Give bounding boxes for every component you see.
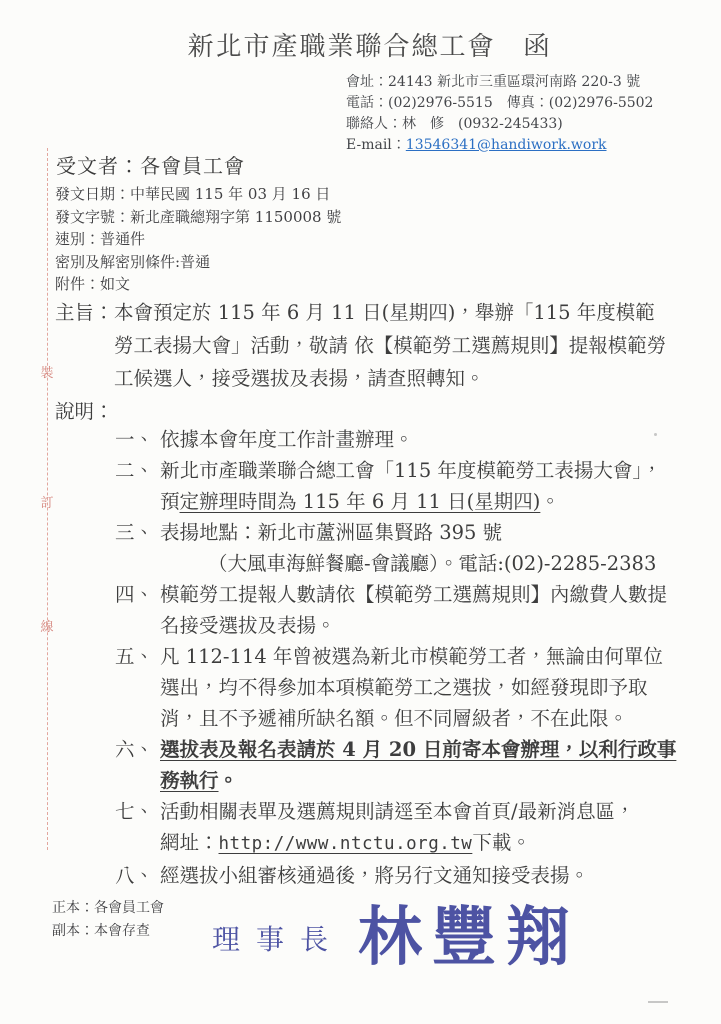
contact-email-line: E-mail：13546341@handiwork.work — [346, 135, 653, 156]
binding-mark-ding: 訂 — [33, 492, 61, 511]
list-item-2: 二、新北市產職業聯合總工會「115 年度模範勞工表揚大會」，預定辦理時間為 11… — [115, 455, 677, 517]
item-text: 模範勞工提報人數請依【模範勞工選薦規則】內繳費人數提名接受選拔及表揚。 — [160, 583, 667, 637]
duplicate-copy-line: 副本：本會存查 — [52, 920, 164, 943]
item-text: 經選拔小組審核通過後，將另行文通知接受表揚。 — [160, 864, 589, 887]
subject-paragraph: 主旨：本會預定於 115 年 6 月 11 日(星期四)，舉辦「115 年度模範… — [55, 296, 669, 395]
website-url: http://www.ntctu.org.tw — [219, 834, 473, 854]
scan-artifact-dot — [654, 433, 657, 436]
list-item-3: 三、表揚地點：新北市蘆洲區集賢路 395 號 （大風車海鮮餐廳-會議廳）。電話:… — [115, 517, 677, 579]
subject-text: 本會預定於 115 年 6 月 11 日(星期四)，舉辦「115 年度模範勞工表… — [114, 301, 666, 390]
chairman-title: 理事長 — [212, 918, 344, 958]
item-text: 網址： — [160, 831, 219, 854]
document-number: 發文字號：新北產職總翔字第 1150008 號 — [55, 206, 341, 229]
security-class: 密別及解密別條件:普通 — [55, 251, 341, 274]
item-number: 五、 — [115, 641, 160, 672]
item-number: 三、 — [115, 517, 160, 548]
document-title: 新北市產職業聯合總工會 函 — [0, 26, 721, 63]
item-number: 四、 — [115, 579, 160, 610]
item-text-indented: （大風車海鮮餐廳-會議廳）。電話:(02)-2285-2383 — [208, 548, 677, 579]
speed-class: 速別：普通件 — [55, 228, 341, 251]
item-number: 六、 — [115, 734, 160, 765]
explanation-items: 一、依據本會年度工作計畫辦理。 二、新北市產職業聯合總工會「115 年度模範勞工… — [115, 424, 677, 891]
issue-date: 發文日期：中華民國 115 年 03 月 16 日 — [55, 183, 341, 206]
contact-person: 聯絡人：林 修 (0932-245433) — [346, 114, 653, 135]
item-text: 。 — [540, 490, 560, 513]
contact-phone-fax: 電話：(02)2976-5515 傳真：(02)2976-5502 — [346, 93, 653, 114]
email-link[interactable]: 13546341@handiwork.work — [406, 137, 607, 153]
chairman-signature: 林豐翔 — [358, 898, 580, 978]
list-item-7: 七、活動相關表單及選薦規則請逕至本會首頁/最新消息區， 網址：http://ww… — [115, 796, 677, 860]
item-number: 八、 — [115, 860, 160, 891]
recipient-line: 受文者：各會員工會 — [56, 150, 245, 179]
attachment-note: 附件：如文 — [55, 273, 341, 296]
copies-block: 正本：各會員工會 副本：本會存查 — [52, 897, 164, 943]
list-item-8: 八、經選拔小組審核通過後，將另行文通知接受表揚。 — [115, 860, 677, 891]
item-number: 一、 — [115, 424, 160, 455]
item-number: 七、 — [115, 796, 160, 827]
item-text: 依據本會年度工作計畫辦理。 — [160, 428, 414, 451]
item-text: 表揚地點：新北市蘆洲區集賢路 395 號 — [160, 521, 502, 544]
item-text-underlined: 定辦理時間為 115 年 6 月 11 日(星期四) — [180, 490, 541, 513]
item-text: 凡 112-114 年曾被選為新北市模範勞工者，無論由何單位選出，均不得參加本項… — [160, 645, 663, 730]
list-item-1: 一、依據本會年度工作計畫辦理。 — [115, 424, 677, 455]
scan-artifact-dash — [648, 1001, 668, 1003]
signature-block: 理事長 林豐翔 — [212, 898, 580, 978]
subject-label: 主旨： — [55, 296, 114, 329]
explanation-label: 說明： — [55, 396, 114, 424]
item-number: 二、 — [115, 455, 160, 486]
scanned-official-letter: 新北市產職業聯合總工會 函 會址：24143 新北市三重區環河南路 220-3 … — [0, 0, 721, 1024]
item-text: 下載。 — [472, 831, 531, 854]
list-item-5: 五、凡 112-114 年曾被選為新北市模範勞工者，無論由何單位選出，均不得參加… — [115, 641, 677, 734]
item-text: 活動相關表單及選薦規則請逕至本會首頁/最新消息區， — [160, 800, 635, 823]
list-item-6: 六、選拔表及報名表請於 4 月 20 日前寄本會辦理，以利行政事務執行。 — [115, 734, 677, 796]
item-text: 。 — [219, 769, 239, 792]
contact-block: 會址：24143 新北市三重區環河南路 220-3 號 電話：(02)2976-… — [346, 72, 653, 156]
meta-block: 發文日期：中華民國 115 年 03 月 16 日 發文字號：新北產職總翔字第 … — [55, 183, 341, 296]
binding-mark-xian: 線 — [33, 616, 61, 635]
contact-address: 會址：24143 新北市三重區環河南路 220-3 號 — [346, 72, 653, 93]
original-copy-line: 正本：各會員工會 — [52, 897, 164, 920]
list-item-4: 四、模範勞工提報人數請依【模範勞工選薦規則】內繳費人數提名接受選拔及表揚。 — [115, 579, 677, 641]
email-label: E-mail： — [346, 137, 406, 153]
